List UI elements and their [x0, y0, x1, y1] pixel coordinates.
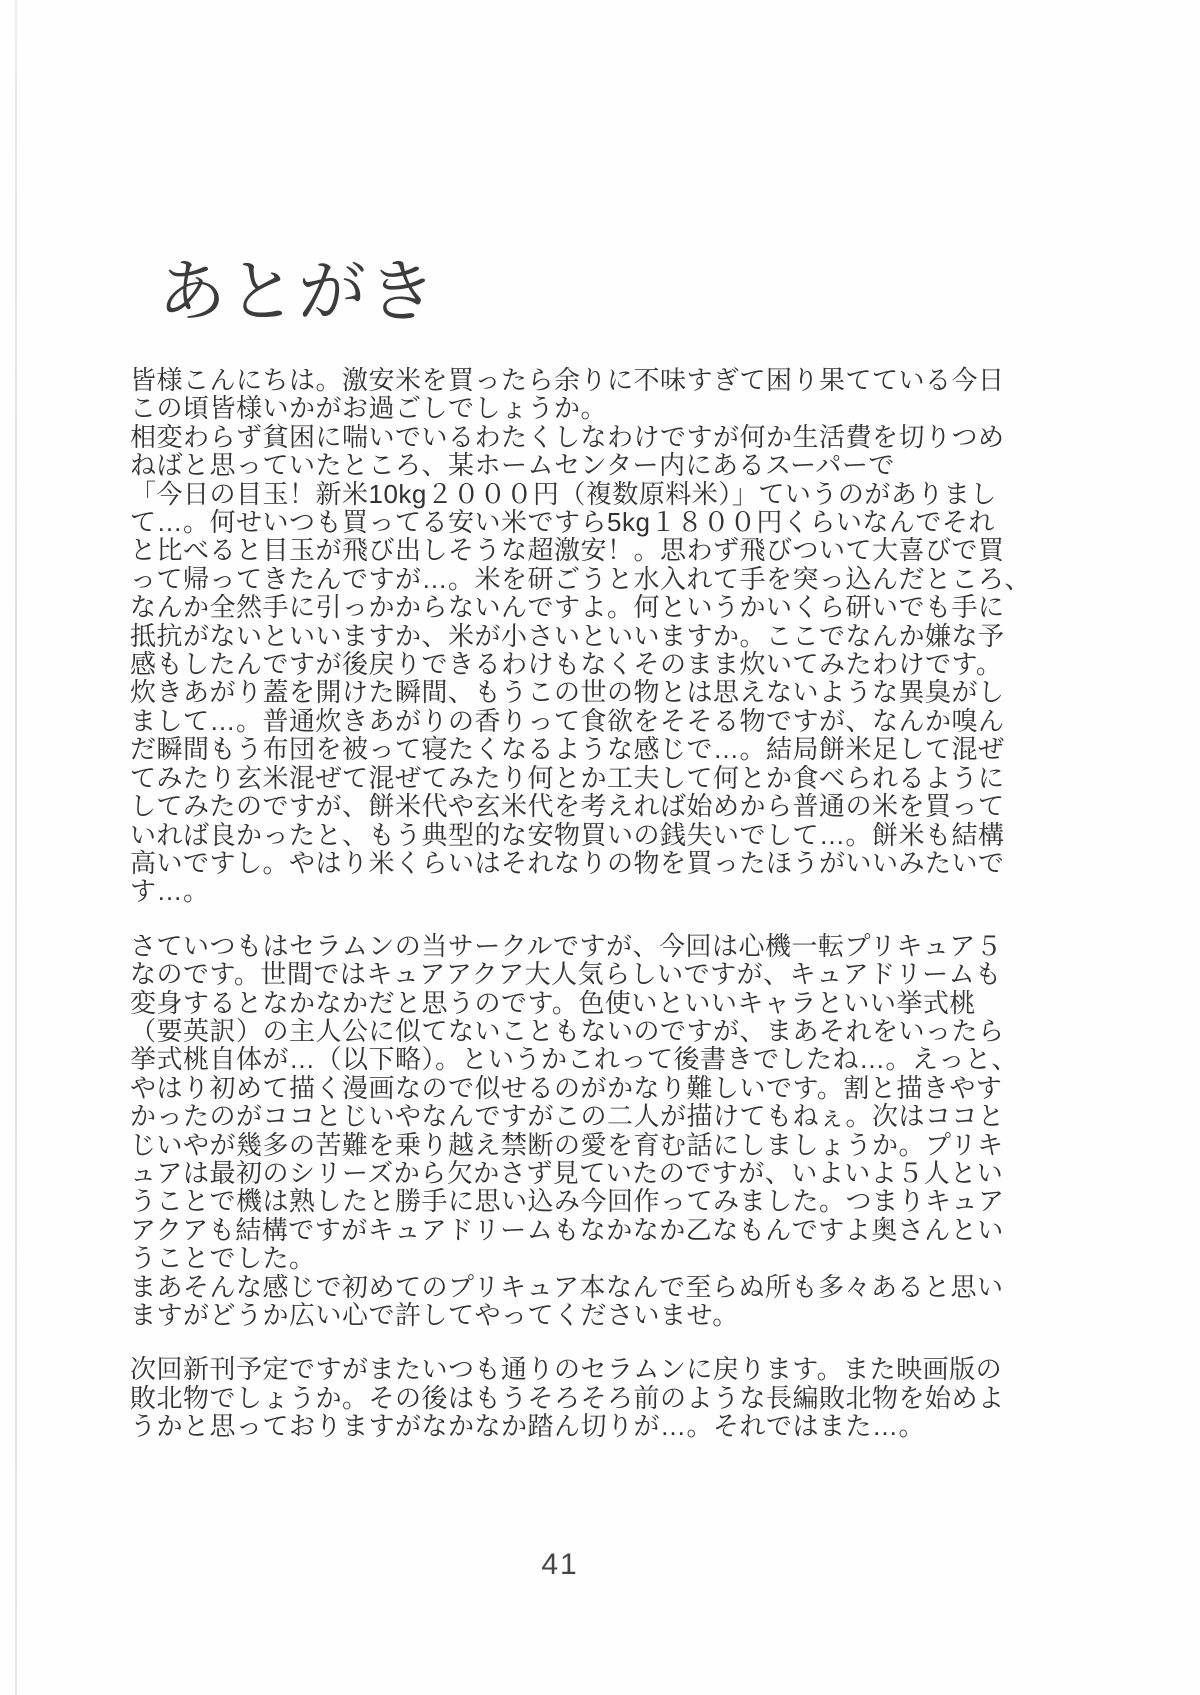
page-number: 41 [500, 1548, 620, 1582]
paragraph-cheap-rice-story: 皆様こんにちは。激安米を買ったら余りに不味すぎて困り果てている今日 この頃皆様い… [130, 366, 1098, 906]
page-title: あとがき [158, 238, 438, 335]
paragraph-precure-topic: さていつもはセラムンの当サークルですが、今回は心機一転プリキュア５ なのです。世… [130, 932, 1098, 1330]
afterword-body: 皆様こんにちは。激安米を買ったら余りに不味すぎて困り果てている今日 この頃皆様い… [130, 366, 1098, 1467]
scanned-afterword-page: あとがき 皆様こんにちは。激安米を買ったら余りに不味すぎて困り果てている今日 こ… [0, 0, 1200, 1695]
scan-edge-line [15, 0, 17, 1695]
paragraph-next-issue: 次回新刊予定ですがまたいつも通りのセラムンに戻ります。また映画版の 敗北物でしょ… [130, 1355, 1098, 1440]
